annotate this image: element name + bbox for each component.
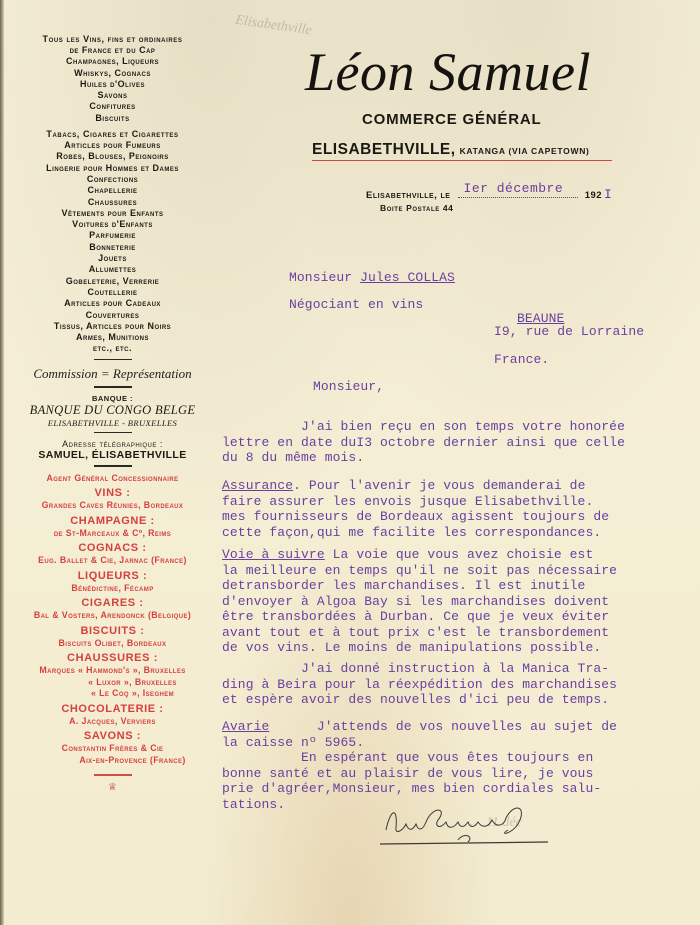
region: KATANGA (VIA CAPETOWN)	[460, 146, 590, 156]
signature	[378, 800, 568, 850]
product-item: de France et du Cap	[10, 45, 215, 56]
agency-line: de St-Marceaux & Cº, Reims	[10, 528, 215, 540]
sidebar-product-list: Tous les Vins, fins et ordinairesde Fran…	[10, 33, 215, 793]
avarie-text: J'attends de vos nouvelles au sujet de l…	[222, 719, 617, 750]
agency-line: Grandes Caves Réunies, Bordeaux	[10, 500, 215, 512]
agency-line: « Le Coq », Iseghem	[10, 688, 215, 700]
agency-list: Agent Général Concessionnaire VINS :Gran…	[10, 473, 215, 793]
agency-category: CHOCOLATERIE :	[10, 702, 215, 716]
product-item: Whiskys, Cognacs	[10, 68, 215, 79]
telegraph-address: SAMUEL, ÉLISABETHVILLE	[10, 449, 215, 461]
bank-city: ELISABETHVILLE - BRUXELLES	[10, 418, 215, 428]
recipient-title: Négociant en vins	[289, 297, 423, 313]
divider	[94, 359, 132, 361]
signature-icon	[378, 800, 568, 850]
agency-category: CHAUSSURES :	[10, 651, 215, 665]
agency-line: Aix-en-Provence (France)	[10, 755, 215, 767]
product-item: Bonneterie	[10, 242, 215, 253]
product-item: Confections	[10, 174, 215, 185]
salutation: Monsieur,	[313, 379, 384, 395]
year-prefix: 192	[585, 190, 602, 201]
agency-line: Eug. Ballet & Cie, Jarnac (France)	[10, 555, 215, 567]
agency-line: « Luxor », Bruxelles	[10, 677, 215, 689]
paragraph-intro: J'ai bien reçu en son temps votre honoré…	[222, 419, 625, 466]
product-item: Huiles d'Olives	[10, 79, 215, 90]
agency-line: Bénédictine, Fécamp	[10, 583, 215, 595]
product-item: Coutellerie	[10, 287, 215, 298]
product-item: Gobeleterie, Verrerie	[10, 276, 215, 287]
paragraph-instruction: J'ai donné instruction à la Manica Tra- …	[222, 661, 617, 708]
recipient-country: France.	[494, 352, 549, 368]
product-item: Chapellerie	[10, 185, 215, 196]
brand-title: Léon Samuel	[305, 42, 645, 102]
paragraph-voie: Voie à suivre La voie que vous avez choi…	[222, 547, 617, 656]
agency-line: Marques « Hammond's », Bruxelles	[10, 665, 215, 677]
agency-line: Bal & Vosters, Arendonck (Belgique)	[10, 610, 215, 622]
agent-title: Agent Général Concessionnaire	[10, 473, 215, 485]
product-item: Robes, Blouses, Peignoirs	[10, 151, 215, 162]
product-item: Confitures	[10, 101, 215, 112]
date-field: Ier décembre	[458, 187, 578, 198]
product-item: Voitures d'Enfants	[10, 219, 215, 230]
recipient-street: I9, rue de Lorraine	[494, 324, 644, 340]
heading-avarie: Avarie	[222, 719, 269, 734]
divider	[94, 386, 132, 388]
date-typed: Ier décembre	[464, 181, 564, 196]
agency-category: VINS :	[10, 486, 215, 500]
agency-category: LIQUEURS :	[10, 569, 215, 583]
product-item: Lingerie pour Hommes et Dames	[10, 163, 215, 174]
product-item: Savons	[10, 90, 215, 101]
telegraph-label: Adresse télégraphique :	[10, 439, 215, 449]
agency-line: A. Jacques, Verviers	[10, 716, 215, 728]
agency-category: SAVONS :	[10, 729, 215, 743]
product-item: Tissus, Articles pour Noirs	[10, 321, 215, 332]
po-box: Boite Postale 44	[380, 203, 453, 213]
agency-line: Biscuits Olibet, Bordeaux	[10, 638, 215, 650]
bank-label: BANQUE :	[10, 394, 215, 403]
product-item: Allumettes	[10, 264, 215, 275]
crown-mark-icon: ♕	[10, 782, 215, 793]
heading-voie: Voie à suivre	[222, 547, 325, 562]
recipient-name: Jules COLLAS	[360, 270, 455, 285]
product-list: Tous les Vins, fins et ordinairesde Fran…	[10, 33, 215, 355]
product-item: Parfumerie	[10, 230, 215, 241]
commission-label: Commission = Représentation	[10, 366, 215, 382]
year-typed: I	[604, 187, 612, 202]
paper-edge	[0, 0, 4, 925]
divider	[94, 774, 132, 776]
voie-text: La voie que vous avez choisie est la mei…	[222, 547, 617, 655]
paragraph-assurance: Assurance. Pour l'avenir je vous demande…	[222, 478, 609, 540]
city-name: ELISABETHVILLE,	[312, 141, 456, 158]
agency-category: BISCUITS :	[10, 624, 215, 638]
product-item: Champagnes, Liqueurs	[10, 56, 215, 67]
product-item: Articles pour Cadeaux	[10, 298, 215, 309]
date-line: Elisabethville, le Ier décembre 192I	[366, 187, 696, 202]
product-item: Articles pour Fumeurs	[10, 140, 215, 151]
product-category-heading: Tous les Vins, fins et ordinaires	[10, 33, 215, 45]
product-category-heading: Tabacs, Cigares et Cigarettes	[10, 128, 215, 140]
product-item: Jouets	[10, 253, 215, 264]
recipient-prefix: Monsieur	[289, 270, 360, 285]
product-item: Armes, Munitions	[10, 332, 215, 343]
paragraph-avarie: Avarie J'attends de vos nouvelles au suj…	[222, 719, 617, 750]
agency-category: CIGARES :	[10, 596, 215, 610]
agency-category: CHAMPAGNE :	[10, 514, 215, 528]
recipient-line: Monsieur Jules COLLAS	[289, 270, 455, 286]
divider	[94, 432, 132, 434]
product-item: Biscuits	[10, 113, 215, 124]
product-item: Vêtements pour Enfants	[10, 208, 215, 219]
product-item: Couvertures	[10, 310, 215, 321]
agencies: VINS :Grandes Caves Réunies, BordeauxCHA…	[10, 486, 215, 766]
heading-assurance: Assurance	[222, 478, 293, 493]
divider	[94, 465, 132, 467]
business-type: COMMERCE GÉNÉRAL	[362, 111, 541, 128]
agency-line: Constantin Frères & Cie	[10, 743, 215, 755]
product-item: Chaussures	[10, 197, 215, 208]
agency-category: COGNACS :	[10, 541, 215, 555]
date-prefix: Elisabethville, le	[366, 190, 450, 201]
bank-name: BANQUE DU CONGO BELGE	[10, 403, 215, 418]
city-line: ELISABETHVILLE,KATANGA (VIA CAPETOWN)	[312, 141, 612, 161]
product-item: etc., etc.	[10, 343, 215, 354]
